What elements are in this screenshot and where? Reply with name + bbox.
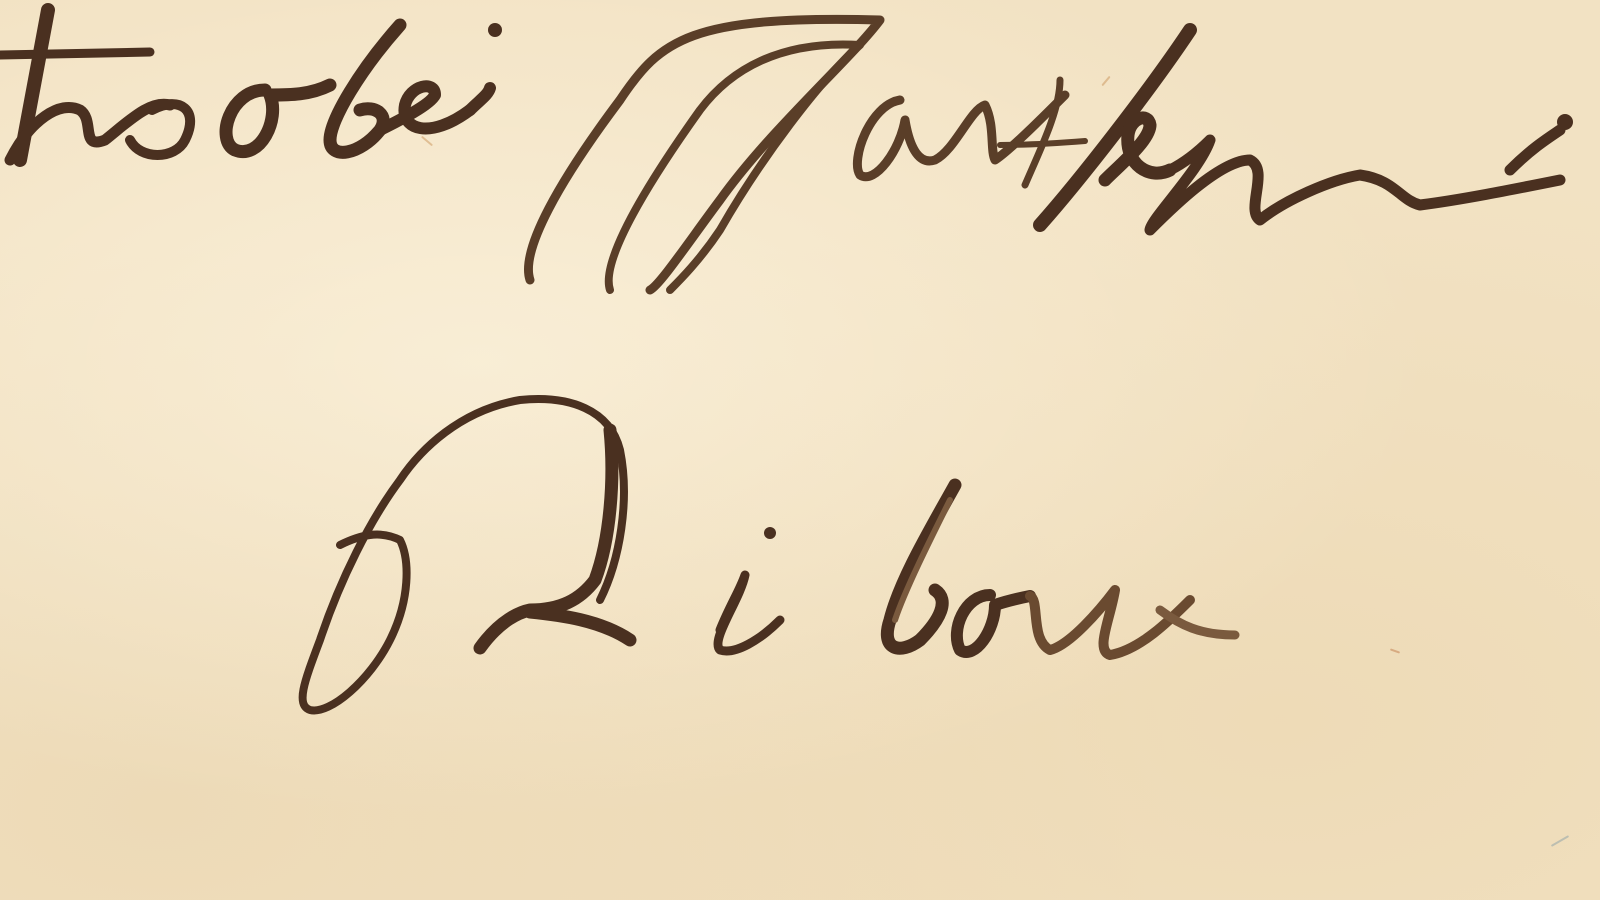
- signature-ribou: [0, 0, 1600, 900]
- manuscript-page: tres obeissant servi Ribou: [0, 0, 1600, 900]
